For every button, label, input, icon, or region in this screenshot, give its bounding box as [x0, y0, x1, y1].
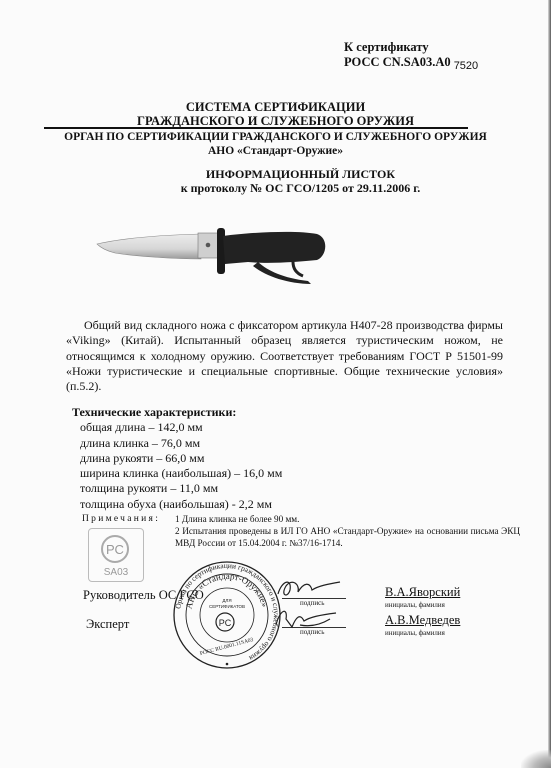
description-paragraph: Общий вид складного ножа с фиксатором ар… — [66, 318, 503, 394]
specs-heading: Технические характеристики: — [72, 405, 282, 420]
document-subtitle: к протоколу № ОС ГСО/1205 от 29.11.2006 … — [50, 181, 551, 195]
note-item: 2 Испытания проведены в ИЛ ГО АНО «Станд… — [175, 525, 520, 549]
certificate-ref-number: 7520 — [454, 60, 478, 72]
spec-item: ширина клинка (наибольшая) – 16,0 мм — [72, 466, 282, 481]
header-divider — [44, 127, 468, 129]
certificate-ref-code: РОСС CN.SA03.A0 — [344, 55, 451, 69]
svg-text:СЕРТИФИКАТОВ: СЕРТИФИКАТОВ — [209, 604, 245, 609]
system-title: СИСТЕМА СЕРТИФИКАЦИИ ГРАЖДАНСКОГО И СЛУЖ… — [0, 100, 551, 128]
name-caption: инициалы, фамилия — [385, 629, 445, 637]
svg-text:РОСС RU.0001.11SA03: РОСС RU.0001.11SA03 — [199, 637, 254, 657]
svg-text:ДЛЯ: ДЛЯ — [222, 598, 231, 603]
note-item: 1 Длина клинка не более 90 мм. — [175, 513, 520, 525]
spec-item: длина рукояти – 66,0 мм — [72, 451, 282, 466]
signer-name-head: В.А.Яворский — [385, 585, 460, 600]
svg-text:РС: РС — [219, 618, 232, 628]
certificate-page: К сертификату РОСС CN.SA03.A07520 СИСТЕМ… — [0, 0, 551, 768]
certificate-ref-label: К сертификату — [344, 40, 478, 55]
system-title-line2: ГРАЖДАНСКОГО И СЛУЖЕБНОГО ОРУЖИЯ — [0, 114, 551, 128]
technical-specs: Технические характеристики: общая длина … — [72, 405, 282, 512]
organization-title-line1: ОРГАН ПО СЕРТИФИКАЦИИ ГРАЖДАНСКОГО И СЛУ… — [0, 130, 551, 144]
signer-role-expert: Эксперт — [86, 617, 129, 632]
spec-item: длина клинка – 76,0 мм — [72, 436, 282, 451]
certificate-reference: К сертификату РОСС CN.SA03.A07520 — [344, 40, 478, 71]
organization-title: ОРГАН ПО СЕРТИФИКАЦИИ ГРАЖДАНСКОГО И СЛУ… — [0, 130, 551, 158]
official-stamp: Орган по сертификации гражданского и слу… — [172, 560, 282, 670]
organization-title-line2: АНО «Стандарт-Оружие» — [0, 144, 551, 158]
rst-logo-icon: РС SA03 — [89, 529, 143, 581]
knife-photo — [93, 226, 333, 286]
document-title: ИНФОРМАЦИОННЫЙ ЛИСТОК к протоколу № ОС Г… — [0, 167, 551, 195]
spec-item: общая длина – 142,0 мм — [72, 420, 282, 435]
signer-name-expert: А.В.Медведев — [385, 613, 460, 628]
name-caption: инициалы, фамилия — [385, 601, 445, 609]
rst-conformity-mark: РС SA03 — [88, 528, 144, 582]
document-title-main: ИНФОРМАЦИОННЫЙ ЛИСТОК — [50, 167, 551, 181]
system-title-line1: СИСТЕМА СЕРТИФИКАЦИИ — [0, 100, 551, 114]
scan-artifact — [521, 750, 551, 768]
notes-label: Примечания: — [82, 513, 160, 525]
spec-item: толщина обуха (наибольшая) - 2,2 мм — [72, 497, 282, 512]
spec-item: толщина рукояти – 11,0 мм — [72, 481, 282, 496]
svg-text:SA03: SA03 — [104, 567, 129, 578]
svg-text:РС: РС — [106, 542, 124, 557]
